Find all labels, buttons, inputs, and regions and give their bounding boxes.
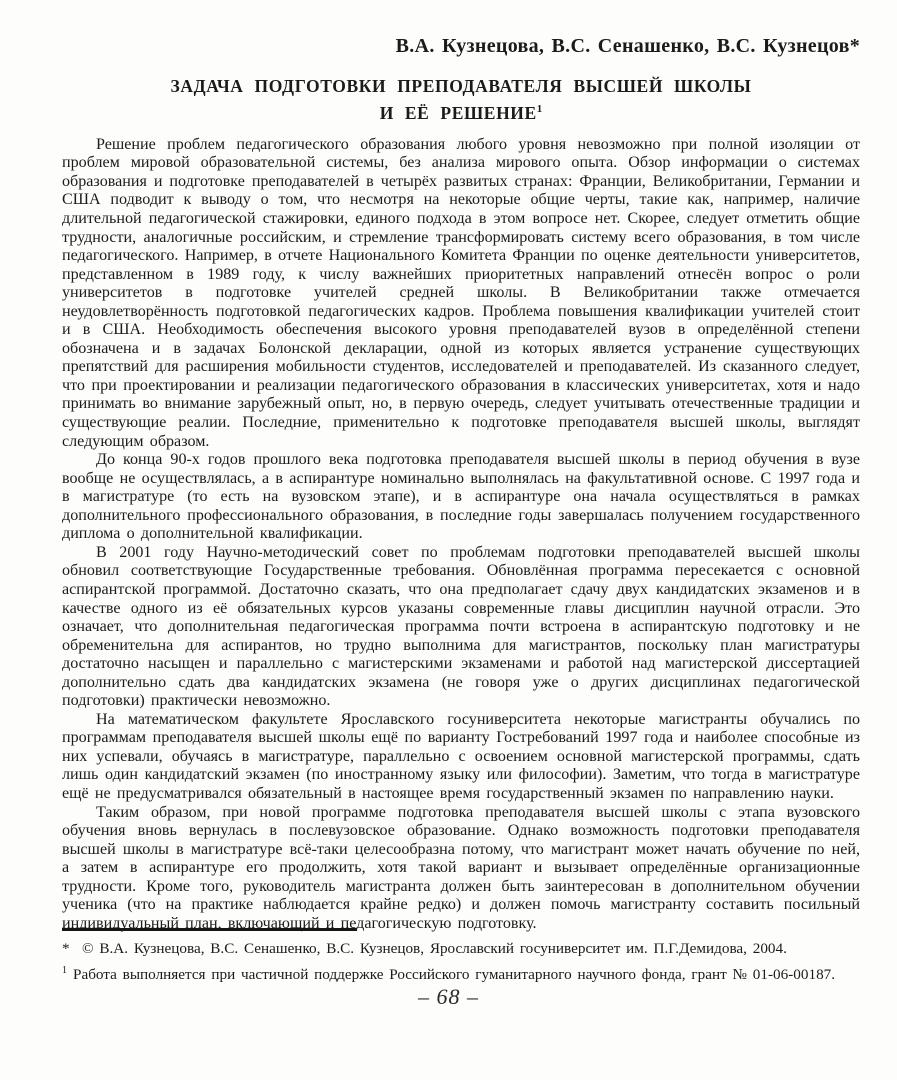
paragraph-4: На математическом факультете Ярославског… bbox=[62, 711, 860, 804]
footnote-copyright: *© В.А. Кузнецова, В.С. Сенашенко, В.С. … bbox=[62, 938, 860, 960]
footnote-marker-1: 1 bbox=[62, 960, 67, 982]
paragraph-1: Решение проблем педагогического образова… bbox=[62, 136, 860, 451]
article-content: В.А. Кузнецова, В.С. Сенашенко, В.С. Куз… bbox=[62, 34, 860, 948]
footnote-block: *© В.А. Кузнецова, В.С. Сенашенко, В.С. … bbox=[62, 928, 860, 985]
paragraph-2: До конца 90-х годов прошлого века подгот… bbox=[62, 451, 860, 544]
scanned-article-page: В.А. Кузнецова, В.С. Сенашенко, В.С. Куз… bbox=[0, 0, 897, 1080]
footnote-grant-text: Работа выполняется при частичной поддерж… bbox=[73, 966, 835, 983]
title-line-2: И ЕЁ РЕШЕНИЕ1 bbox=[62, 98, 860, 125]
paragraph-3: В 2001 году Научно-методический совет по… bbox=[62, 544, 860, 711]
paragraph-5: Таким образом, при новой программе подго… bbox=[62, 804, 860, 934]
article-body: Решение проблем педагогического образова… bbox=[62, 136, 860, 948]
title-footnote-ref: 1 bbox=[537, 103, 543, 115]
title-line-2-text: И ЕЁ РЕШЕНИЕ bbox=[380, 103, 537, 123]
title-line-1: ЗАДАЧА ПОДГОТОВКИ ПРЕПОДАВАТЕЛЯ ВЫСШЕЙ Ш… bbox=[62, 75, 860, 98]
footnote-grant: 1Работа выполняется при частичной поддер… bbox=[62, 960, 860, 986]
footnote-marker-asterisk: * bbox=[62, 938, 82, 960]
footnote-copyright-text: © В.А. Кузнецова, В.С. Сенашенко, В.С. К… bbox=[82, 940, 787, 957]
authors-line: В.А. Кузнецова, В.С. Сенашенко, В.С. Куз… bbox=[62, 34, 860, 58]
footnote-rule bbox=[62, 928, 357, 931]
page-number: – 68 – bbox=[0, 984, 897, 1010]
article-title: ЗАДАЧА ПОДГОТОВКИ ПРЕПОДАВАТЕЛЯ ВЫСШЕЙ Ш… bbox=[62, 75, 860, 125]
